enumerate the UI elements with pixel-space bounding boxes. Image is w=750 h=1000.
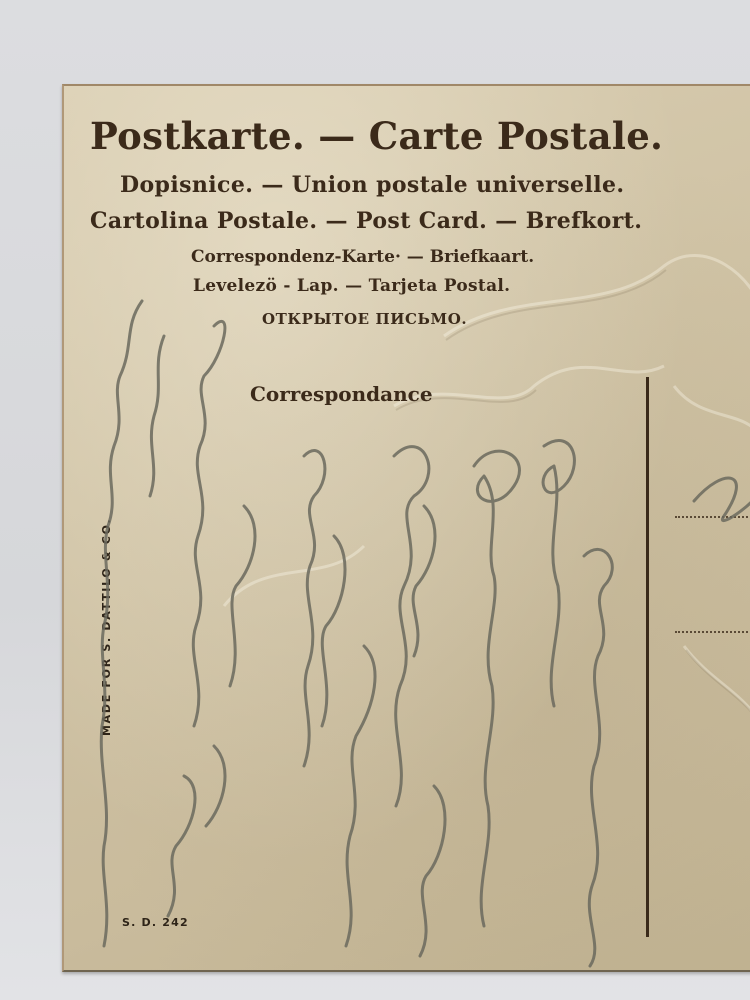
address-line-1	[675, 516, 750, 518]
subtitle-line-6-cyrillic: ОТКРЫТОЕ ПИСЬМО.	[262, 310, 467, 328]
subtitle-line-4: Correspondenz-Karte· — Briefkaart.	[191, 247, 534, 267]
center-divider-line	[646, 377, 649, 937]
title-heading: Postkarte. — Carte Postale.	[90, 114, 663, 158]
subtitle-line-5: Levelezö - Lap. — Tarjeta Postal.	[193, 276, 510, 296]
subtitle-line-3: Cartolina Postale. — Post Card. — Brefko…	[90, 208, 642, 234]
correspondence-label: Correspondance	[250, 382, 433, 406]
postcard: Postkarte. — Carte Postale. Dopisnice. —…	[62, 84, 750, 972]
address-line-2	[675, 631, 750, 633]
serial-number: S. D. 242	[122, 916, 189, 929]
publisher-imprint: MADE FOR S. DATTILO & CO.	[100, 518, 113, 736]
subtitle-line-2: Dopisnice. — Union postale universelle.	[120, 172, 624, 198]
